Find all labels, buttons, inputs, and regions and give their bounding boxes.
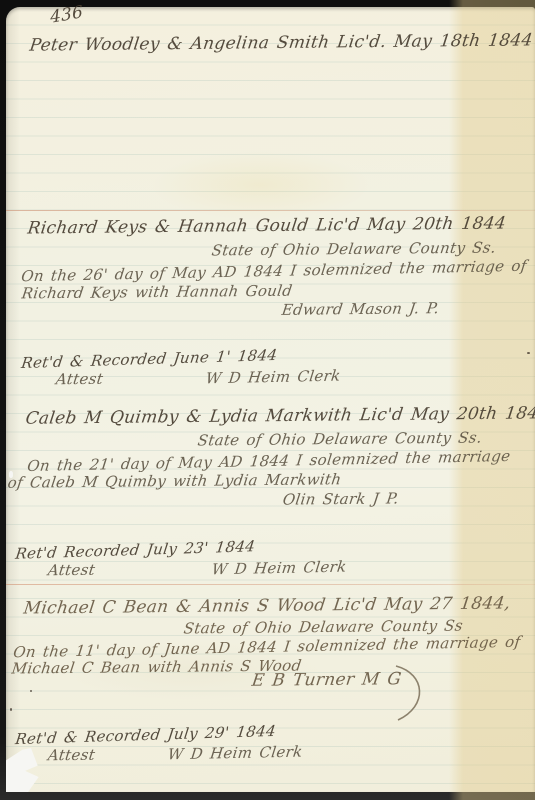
entry-4-officiant-signature: E B Turner M G	[251, 669, 403, 691]
entry-2-attest-label: Attest	[55, 370, 104, 388]
entry-3-state-line: State of Ohio Delaware County Ss.	[197, 429, 484, 450]
entry-2-state-line: State of Ohio Delaware County Ss.	[211, 239, 498, 260]
ink-speck	[30, 690, 32, 692]
entry-3-clerk-signature: W D Heim Clerk	[211, 558, 348, 579]
entry-4-attest-label: Attest	[47, 746, 96, 764]
ink-speck	[527, 352, 530, 354]
ink-speck	[10, 708, 12, 711]
entry-2-body-line-2: Richard Keys with Hannah Gould	[21, 282, 294, 303]
entry-3-body-line-2: of Caleb M Quimby with Lydia Markwith	[7, 470, 343, 491]
entry-3-officiant-signature: Olin Stark J P.	[282, 489, 400, 508]
scanned-ledger-photo: { "page_number": "436", "palette": { "in…	[0, 0, 535, 800]
edge-nick	[9, 471, 13, 478]
entry-2-clerk-signature: W D Heim Clerk	[205, 367, 342, 388]
section-rule	[6, 210, 535, 211]
entry-2-officiant-signature: Edward Mason J. P.	[281, 299, 441, 319]
entry-3-attest-label: Attest	[47, 561, 96, 579]
section-rule	[6, 584, 535, 585]
entry-4-clerk-signature: W D Heim Clerk	[167, 743, 304, 764]
